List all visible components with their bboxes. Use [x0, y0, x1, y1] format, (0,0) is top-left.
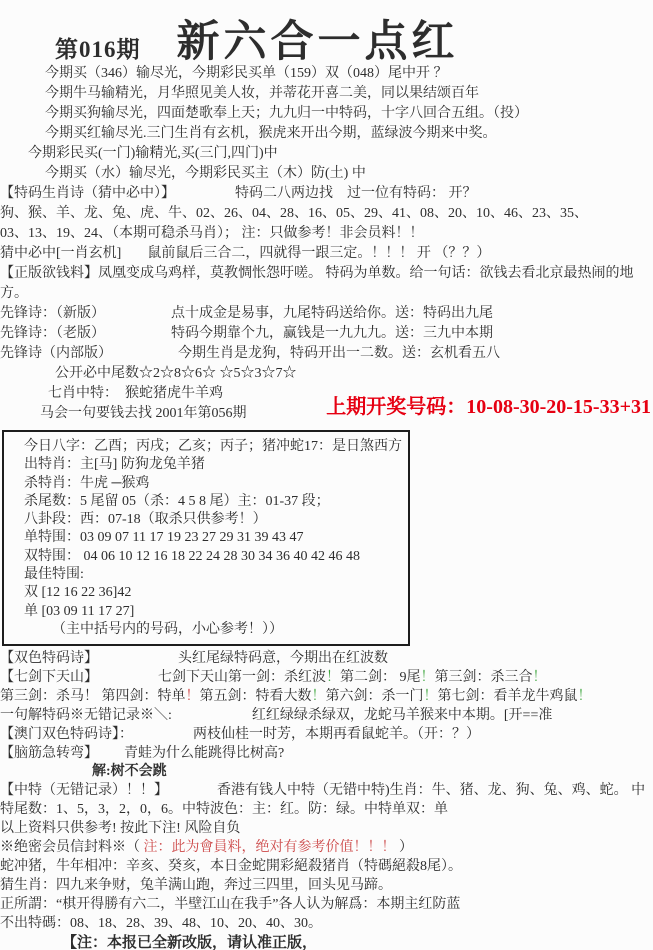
- poem-line: 今期买（水）输尽光，今期彩民买主（木）防(土) 中: [0, 164, 653, 184]
- pioneer-poem-row: 先锋诗：（老版）特码今期靠个九，赢钱是一九九九。送：三九中本期: [0, 324, 653, 344]
- box-line-even-picks: 双 [12 16 22 36]42: [24, 584, 408, 602]
- pioneer-poem-text: 特码今期靠个九，赢钱是一九九九。送：三九中本期: [171, 326, 493, 341]
- one-zodiac-text: 鼠前鼠后三合二，四就得一跟三定。！！！ 开 （？？）: [147, 246, 490, 261]
- box-line-odd-picks: 单 [03 09 11 17 27]: [24, 603, 408, 621]
- zodiac-poem-row: 【特码生肖诗（猜中必中）】特码二八两边找 过一位有特码： 开？: [0, 184, 653, 204]
- riddle-row: 【脑筋急转弯】青蛙为什么能跳得比树高?: [0, 744, 653, 763]
- zodiac-number-list: 狗、猴、羊、龙、兔、虎、牛、02、26、04、28、16、05、29、41、08…: [0, 204, 653, 224]
- box-line-kill-zodiac: 杀特肖：牛虎 ─猴鸡: [24, 475, 408, 493]
- seven-swords-row: 【七剑下天山】七剑下天山第一剑：杀红波！第二剑： 9尾！第三剑：杀三合！: [0, 668, 653, 687]
- poem-line: 今期买（346）输尽光，今期彩民买单（159）双（048）尾中开 ？: [0, 64, 653, 84]
- member-material-pre: ※绝密会员信封料※（: [0, 840, 144, 855]
- two-color-poem-label: 【双色特码诗】: [0, 651, 98, 666]
- sword-2: 第二剑： 9尾: [340, 670, 421, 685]
- macau-poem-label: 【澳门双色特码诗】：: [0, 727, 133, 742]
- sword-3b: 第三剑：杀马！ 第四剑：特单: [0, 689, 186, 704]
- prediction-box: 今日八字：乙酉；丙戌；乙亥；丙子；猪冲蛇17：是日煞西方 出特肖：主[马] 防狗…: [2, 430, 410, 646]
- clash-line: 蛇冲猪，牛年相冲：辛亥、癸亥，本日金蛇開彩絕殺猪肖（特碼絕殺8尾）。: [0, 857, 653, 876]
- member-material-post: ）: [396, 840, 414, 855]
- member-material-note: 注：此为會員料，绝对有参考价值！！！: [144, 840, 396, 855]
- poem-line: 今期买狗输尽光，四面楚歌奉上天；九九归一中特码，十字八回合五组。（投）: [0, 104, 653, 124]
- edition-footer-note: 【注：本报已全新改版，请认准正版，: [0, 933, 653, 950]
- excl-mark: ！: [326, 670, 340, 685]
- zodiac-poem-label: 【特码生肖诗（猜中必中）】: [0, 186, 175, 201]
- pioneer-poem-row: 先锋诗：（新版）点十成金是易事，九尾特码送给你。送：特码出九尾: [0, 304, 653, 324]
- newspaper-title: 新六合一点红: [177, 23, 459, 64]
- disclaimer-line: 以上资料只供参考! 按此下注! 风险自负: [0, 819, 653, 838]
- sword-7: 第七剑：看羊龙牛鸡鼠: [438, 689, 578, 704]
- pioneer-poem-label: 先锋诗（内部版）: [0, 346, 112, 361]
- excl-mark: ！: [421, 670, 435, 685]
- tipsheet-page: 第016期 新六合一点红 今期买（346）输尽光，今期彩民买单（159）双（04…: [0, 6, 653, 950]
- zhongte-paragraph: 【中特（无错记录）！！】 香港有钱人中特（无错中特)生肖：牛、猪、龙、狗、兔、鸡…: [0, 781, 653, 819]
- money-clue-paragraph: 【正版欲钱料】凤凰变成乌鸡样，莫教惆怅怨吁嗟。 特码为单数。给一句话：欲钱去看北…: [0, 264, 653, 304]
- header: 第016期 新六合一点红: [0, 6, 653, 64]
- box-line-even-range: 双特围： 04 06 10 12 16 18 22 24 28 30 34 36…: [24, 548, 408, 566]
- sword-3: 第三剑：杀三合: [435, 670, 533, 685]
- issue-number: 第016期: [55, 31, 141, 64]
- macau-poem-row: 【澳门双色特码诗】：两枝仙桂一时芳，本期再看鼠蛇羊。（开：？）: [0, 725, 653, 744]
- member-material-row: ※绝密会员信封料※（ 注：此为會員料，绝对有参考价值！！！ ）: [0, 838, 653, 857]
- guess-zodiac-line: 猜生肖：四九来争财，兔羊满山跑，奔过三四里，回头见马蹄。: [0, 876, 653, 895]
- box-line-bazi: 今日八字：乙酉；丙戌；乙亥；丙子；猪冲蛇17：是日煞西方: [24, 438, 408, 456]
- pioneer-poem-row: 先锋诗（内部版）今期生肖是龙狗，特码开出一二数。送：玄机看五八: [0, 344, 653, 364]
- box-line-best-range: 最佳特围:: [24, 566, 408, 584]
- poem-line: 今期牛马输精光，月华照见美人妆，并蒂花开喜二美，同以果结颂百年: [0, 84, 653, 104]
- sword-1: 七剑下天山第一剑：杀红波: [158, 670, 326, 685]
- excl-mark: ！: [312, 689, 326, 704]
- special-solve-label: 一句解特码※无错记录※＼:: [0, 708, 172, 723]
- riddle-label: 【脑筋急转弯】: [0, 746, 98, 761]
- zodiac-poem-text: 特码二八两边找 过一位有特码： 开？: [235, 186, 477, 201]
- special-solve-text: 红红绿绿杀绿双，龙蛇马羊猴来中本期。[开==准: [252, 708, 552, 723]
- two-color-poem-row: 【双色特码诗】头红尾绿特码意，今期出在红波数: [0, 649, 653, 668]
- box-line-out-zodiac: 出特肖：主[马] 防狗龙兔羊猪: [24, 456, 408, 474]
- excluded-numbers-line: 不出特碼：08、18、28、39、48、10、20、40、30。: [0, 914, 653, 933]
- pioneer-poem-text: 今期生肖是龙狗，特码开出一二数。送：玄机看五八: [178, 346, 500, 361]
- excl-mark: ！: [533, 670, 547, 685]
- lucky-tails-line: 公开必中尾数☆2☆8☆6☆ ☆5☆3☆7☆: [0, 364, 653, 384]
- excl-mark: ！: [578, 689, 592, 704]
- zodiac-number-list: 03、13、19、24、（本期可稳杀马肖）； 注：只做参考！非会员料！！: [0, 224, 653, 244]
- pioneer-poem-label: 先锋诗：（新版）: [0, 306, 105, 321]
- box-line-odd-range: 单特围：03 09 07 11 17 19 23 27 29 31 39 43 …: [24, 529, 408, 547]
- box-line-note: （主中括号内的号码，小心参考！））: [24, 621, 408, 639]
- poem-line: 今期彩民买(一门)输精光,买(三门,四门)中: [0, 144, 653, 164]
- qixiao-announce-row: 七肖中特： 猴蛇猪虎牛羊鸡 马会一句要钱去找 2001年第056期 上期开奖号码…: [0, 384, 653, 424]
- pioneer-poem-label: 先锋诗：（老版）: [0, 326, 105, 341]
- poem-line: 今期买红输尽光.三门生肖有玄机，猴虎来开出今期，蓝绿波今期来中奖。: [0, 124, 653, 144]
- sword-6: 第六剑：杀一门: [326, 689, 424, 704]
- riddle-answer: 解:树不会跳: [0, 763, 653, 781]
- macau-poem-text: 两枝仙桂一时芳，本期再看鼠蛇羊。（开：？）: [193, 727, 480, 742]
- box-line-bagua: 八卦段：西：07-18（取杀只供参考！）: [24, 511, 408, 529]
- one-zodiac-label: 猜中必中[一肖玄机]: [0, 246, 121, 261]
- riddle-question: 青蛙为什么能跳得比树高?: [124, 746, 284, 761]
- excl-mark: ！: [186, 689, 200, 704]
- last-draw-numbers: 上期开奖号码：10-08-30-20-15-33+31: [326, 390, 651, 419]
- two-color-poem-text: 头红尾绿特码意，今期出在红波数: [178, 651, 388, 666]
- special-solve-row: 一句解特码※无错记录※＼:红红绿绿杀绿双，龙蛇马羊猴来中本期。[开==准: [0, 706, 653, 725]
- saying-line: 正所謂：“棋开得勝有六二，半壁江山在我手”各人认为解爲：本期主红防蓝: [0, 895, 653, 914]
- seven-swords-row-2: 第三剑：杀马！ 第四剑：特单！第五剑：特看大数！第六剑：杀一门！第七剑：看羊龙牛…: [0, 687, 653, 706]
- seven-swords-label: 【七剑下天山】: [0, 670, 98, 685]
- sword-5: 第五剑：特看大数: [200, 689, 312, 704]
- pioneer-poem-text: 点十成金是易事，九尾特码送给你。送：特码出九尾: [171, 306, 493, 321]
- box-line-kill-tail: 杀尾数：5 尾留 05（杀：4 5 8 尾）主：01-37 段；: [24, 493, 408, 511]
- excl-mark: ！: [424, 689, 438, 704]
- one-zodiac-row: 猜中必中[一肖玄机]鼠前鼠后三合二，四就得一跟三定。！！！ 开 （？？）: [0, 244, 653, 264]
